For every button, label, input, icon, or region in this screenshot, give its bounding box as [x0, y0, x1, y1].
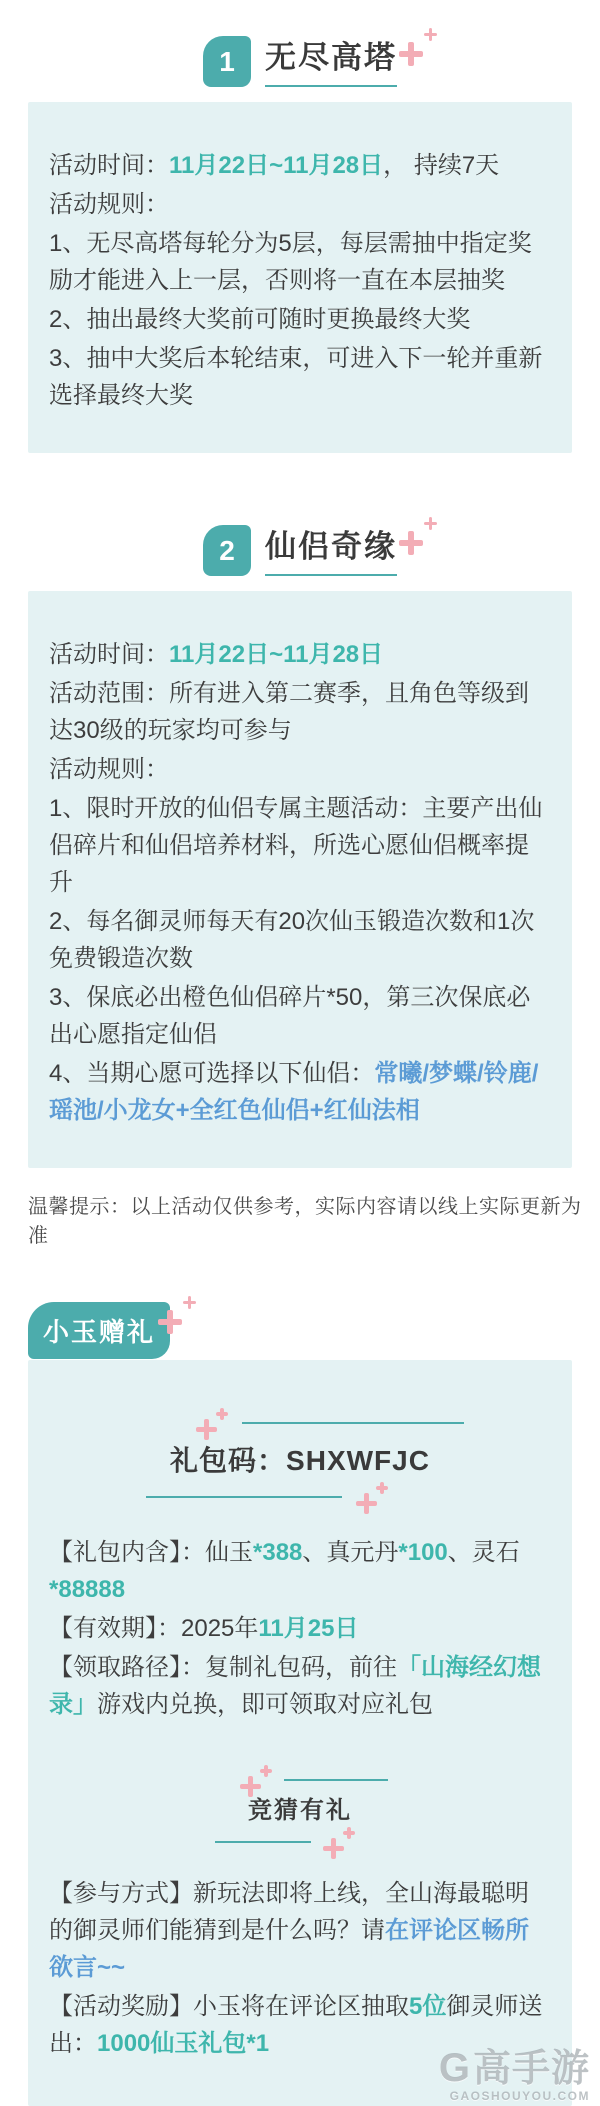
section-2-title-wrap: 仙侣奇缘	[265, 525, 397, 576]
section-1-number: 1	[219, 46, 235, 78]
section-1-number-badge: 1	[203, 36, 251, 87]
gift-validity-line: 【有效期】：2025年11月25日	[49, 1610, 551, 1647]
watermark-url: GAOSHOUYOU.COM	[439, 2090, 590, 2102]
activity-rules-label: 活动规则：	[49, 751, 551, 788]
quiz-header: 竞猜有礼	[49, 1769, 551, 1853]
plus-sparkle-icon	[196, 1406, 230, 1440]
watermark-logo: G高手游	[439, 2048, 590, 2088]
plus-icon	[343, 1827, 355, 1839]
disclaimer-tip: 温馨提示：以上活动仅供参考，实际内容请以线上实际更新为准	[28, 1190, 600, 1248]
decorative-row	[35, 1831, 537, 1853]
title-underline	[265, 574, 397, 576]
divider-line	[284, 1779, 388, 1781]
rule-line: 3、抽中大奖后本轮结束，可进入下一轮并重新选择最终大奖	[49, 340, 551, 414]
activity-rules-label: 活动规则：	[49, 186, 551, 223]
section-1-title: 无尽高塔	[265, 38, 397, 78]
plus-icon	[323, 1838, 344, 1859]
plus-sparkle-icon	[323, 1825, 357, 1859]
gift-section-badge: 小玉赠礼	[28, 1302, 170, 1359]
activity-time-line: 活动时间：11月22日~11月28日， 持续7天	[49, 147, 551, 184]
gift-section-badge-label: 小玉赠礼	[43, 1312, 155, 1349]
rule-line: 1、无尽高塔每轮分为5层，每层需抽中指定奖励才能进入上一层，否则将一直在本层抽奖	[49, 225, 551, 299]
plus-sparkle-icon	[399, 26, 439, 66]
quiz-title: 竞猜有礼	[49, 1795, 551, 1827]
section-2-header: 2 仙侣奇缘	[0, 525, 600, 576]
gift-contents-line: 【礼包内含】：仙玉*388、真元丹*100、灵石*88888	[49, 1534, 551, 1608]
plus-icon	[158, 1310, 182, 1334]
gift-code-header: 礼包码：SHXWFJC	[49, 1412, 551, 1508]
plus-icon	[399, 531, 423, 555]
decorative-row	[63, 1769, 565, 1791]
section-2-number: 2	[219, 535, 235, 567]
title-underline	[265, 85, 397, 87]
divider-line	[146, 1496, 342, 1498]
quiz-howto-line: 【参与方式】新玩法即将上线，全山海最聪明的御灵师们能猜到是什么吗？请在评论区畅所…	[49, 1875, 551, 1986]
rule-line: 4、当期心愿可选择以下仙侣：常曦/梦蝶/铃鹿/瑶池/小龙女+全红色仙侣+红仙法相	[49, 1055, 551, 1129]
activity-scope-line: 活动范围：所有进入第二赛季，且角色等级到达30级的玩家均可参与	[49, 675, 551, 749]
event-announcement-page: 1 无尽高塔 活动时间：11月22日~11月28日， 持续7天 活动规则： 1、…	[0, 0, 600, 2106]
rule-line: 1、限时开放的仙侣专属主题活动：主要产出仙侣碎片和仙侣培养材料，所选心愿仙侣概率…	[49, 790, 551, 901]
rule-line: 3、保底必出橙色仙侣碎片*50，第三次保底必出心愿指定仙侣	[49, 979, 551, 1053]
watermark-g-icon: G	[439, 2048, 471, 2088]
section-1-title-wrap: 无尽高塔	[265, 36, 397, 87]
decorative-row	[17, 1486, 519, 1508]
section-2-title: 仙侣奇缘	[265, 527, 397, 567]
plus-sparkle-icon	[356, 1480, 390, 1514]
plus-icon	[240, 1776, 261, 1797]
plus-icon	[356, 1493, 377, 1514]
plus-icon	[376, 1482, 388, 1494]
plus-sparkle-icon	[158, 1294, 198, 1334]
rule-line: 2、抽出最终大奖前可随时更换最终大奖	[49, 301, 551, 338]
divider-line	[242, 1422, 464, 1424]
plus-icon	[399, 42, 423, 66]
plus-icon	[196, 1419, 217, 1440]
rule-line: 2、每名御灵师每天有20次仙玉锻造次数和1次免费锻造次数	[49, 903, 551, 977]
gift-code-title: 礼包码：SHXWFJC	[49, 1442, 551, 1480]
section-1-header: 1 无尽高塔	[0, 36, 600, 87]
section-2-card: 活动时间：11月22日~11月28日 活动范围：所有进入第二赛季，且角色等级到达…	[28, 591, 572, 1168]
plus-icon	[260, 1765, 272, 1777]
section-1-card: 活动时间：11月22日~11月28日， 持续7天 活动规则： 1、无尽高塔每轮分…	[28, 102, 572, 453]
decorative-row	[79, 1412, 581, 1434]
plus-sparkle-icon	[240, 1763, 274, 1797]
section-2-number-badge: 2	[203, 525, 251, 576]
plus-icon	[183, 1296, 196, 1309]
site-watermark: G高手游 GAOSHOUYOU.COM	[439, 2048, 590, 2102]
plus-sparkle-icon	[399, 515, 439, 555]
gift-card: 礼包码：SHXWFJC 【礼包内含】：仙玉*388、真元丹*100、灵石*888…	[28, 1360, 572, 2106]
plus-icon	[424, 517, 437, 530]
watermark-brand: 高手游	[473, 2048, 590, 2090]
divider-line	[215, 1841, 311, 1843]
activity-time-line: 活动时间：11月22日~11月28日	[49, 636, 551, 673]
plus-icon	[216, 1408, 228, 1420]
gift-redeem-path-line: 【领取路径】：复制礼包码，前往「山海经幻想录」游戏内兑换，即可领取对应礼包	[49, 1649, 551, 1723]
plus-icon	[424, 28, 437, 41]
